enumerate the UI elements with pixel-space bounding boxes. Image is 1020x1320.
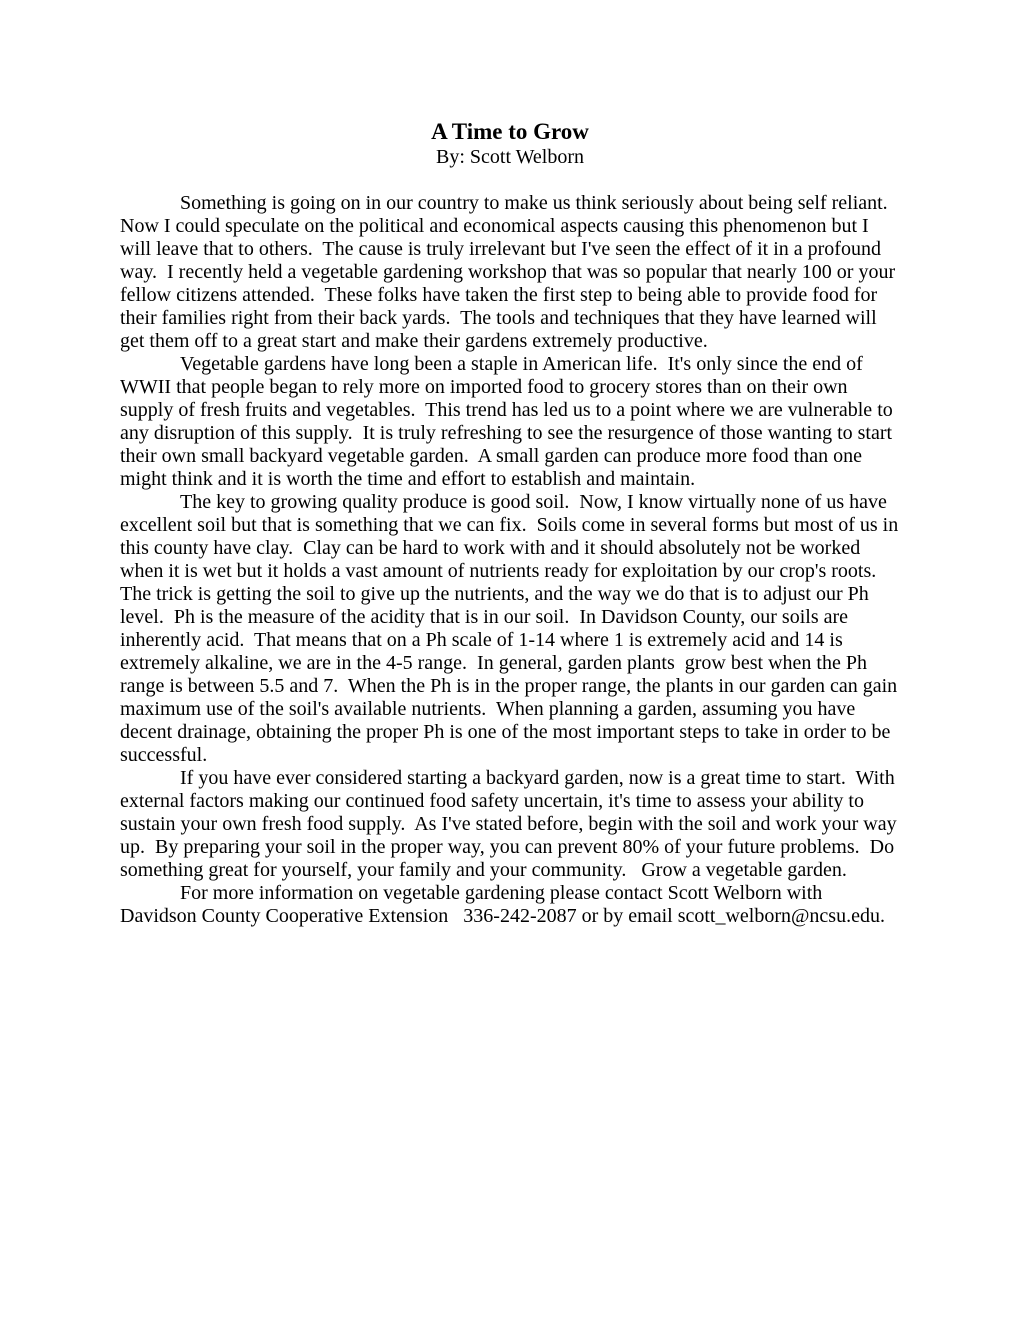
document-page: A Time to Grow By: Scott Welborn Somethi…: [0, 0, 1020, 1320]
document-body: Something is going on in our country to …: [120, 192, 900, 928]
paragraph-1: Something is going on in our country to …: [120, 192, 900, 353]
paragraph-3: The key to growing quality produce is go…: [120, 491, 900, 767]
paragraph-4: If you have ever considered starting a b…: [120, 767, 900, 882]
byline: By: Scott Welborn: [120, 146, 900, 169]
paragraph-5: For more information on vegetable garden…: [120, 882, 900, 928]
paragraph-2: Vegetable gardens have long been a stapl…: [120, 353, 900, 491]
page-title: A Time to Grow: [120, 118, 900, 146]
